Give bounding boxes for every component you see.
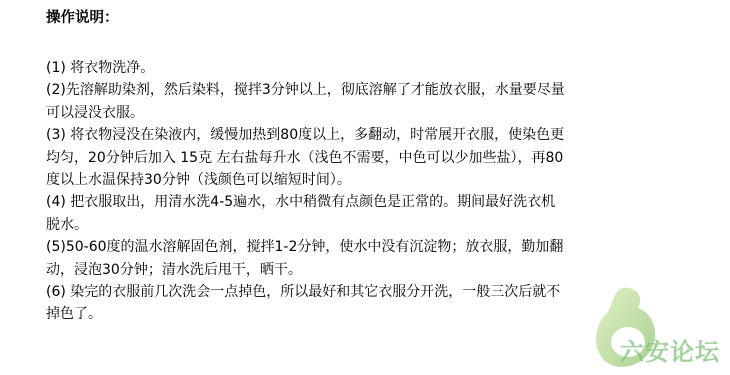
step-line: (5)50-60度的温水溶解固色剂，搅拌1-2分钟，使水中没有沉淀物；放衣服，勤… [46,236,726,258]
step-line: 度以上水温保持30分钟（浅颜色可以缩短时间）。 [46,169,726,191]
step-line: (3) 将衣物浸没在染液内，缓慢加热到80度以上，多翻动，时常展开衣服，使染色更 [46,124,726,146]
step-line: (4) 把衣服取出，用清水洗4-5遍水，水中稍微有点颜色是正常的。期间最好洗衣机 [46,191,726,213]
step-line: 可以浸没衣服。 [46,102,726,124]
document-title: 操作说明： [46,6,726,30]
step-line: 动，浸泡30分钟；清水洗后甩干，晒干。 [46,259,726,281]
step-4: (4) 把衣服取出，用清水洗4-5遍水，水中稍微有点颜色是正常的。期间最好洗衣机… [46,191,726,236]
watermark-text: 六安论坛 [620,332,720,367]
instructions-document: 操作说明： (1) 将衣物洗净。 (2)先溶解助染剂，然后染料，搅拌3分钟以上，… [46,6,726,326]
step-2: (2)先溶解助染剂，然后染料，搅拌3分钟以上，彻底溶解了才能放衣服，水量要尽量 … [46,79,726,124]
step-line: (2)先溶解助染剂，然后染料，搅拌3分钟以上，彻底溶解了才能放衣服，水量要尽量 [46,79,726,101]
step-line: 均匀，20分钟后加入 15克 左右盐每升水（浅色不需要，中色可以少加些盐），再8… [46,147,726,169]
step-3: (3) 将衣物浸没在染液内，缓慢加热到80度以上，多翻动，时常展开衣服，使染色更… [46,124,726,191]
step-line: 脱水。 [46,214,726,236]
step-1: (1) 将衣物洗净。 [46,57,726,79]
step-5: (5)50-60度的温水溶解固色剂，搅拌1-2分钟，使水中没有沉淀物；放衣服，勤… [46,236,726,281]
step-line: (1) 将衣物洗净。 [46,57,726,79]
